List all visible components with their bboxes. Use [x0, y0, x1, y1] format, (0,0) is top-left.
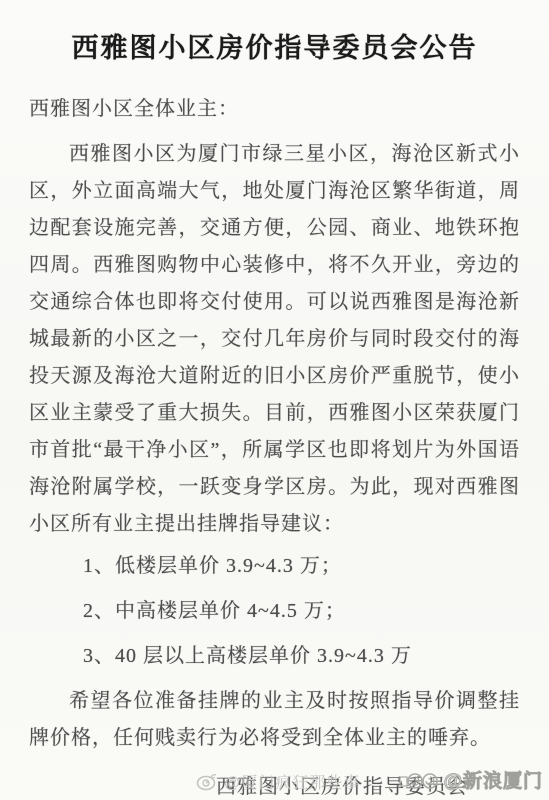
weibo-watermark: @厦门疯狂那些事	[196, 770, 360, 793]
announcement-document: 西雅图小区房价指导委员会公告 西雅图小区全体业主： 西雅图小区为厦门市绿三星小区…	[0, 0, 549, 800]
salutation: 西雅图小区全体业主：	[29, 91, 520, 128]
weibo-icon	[196, 773, 218, 791]
weibo-watermark-text: @厦门疯狂那些事	[224, 770, 360, 793]
list-item-mid-high-floor: 2、中高楼层单价 4~4.5 万；	[29, 593, 520, 630]
logo-watermark-text: @新浪厦门	[443, 766, 543, 793]
swirl-logo-icon	[399, 770, 439, 790]
logo-watermark: @新浪厦门	[399, 766, 543, 793]
list-item-above-40-floor: 3、40 层以上高楼层单价 3.9~4.3 万	[29, 638, 520, 675]
closing-paragraph: 希望各位准备挂牌的业主及时按照指导价调整挂牌价格，任何贱卖行为必将受到全体业主的…	[29, 683, 520, 757]
body-paragraph: 西雅图小区为厦门市绿三星小区，海沧区新式小区，外立面高端大气，地处厦门海沧区繁华…	[29, 136, 520, 543]
price-guidance-list: 1、低楼层单价 3.9~4.3 万； 2、中高楼层单价 4~4.5 万； 3、4…	[29, 548, 520, 675]
document-body: 西雅图小区全体业主： 西雅图小区为厦门市绿三星小区，海沧区新式小区，外立面高端大…	[0, 91, 549, 800]
document-title: 西雅图小区房价指导委员会公告	[0, 26, 549, 65]
list-item-low-floor: 1、低楼层单价 3.9~4.3 万；	[29, 548, 520, 585]
watermark-row: @厦门疯狂那些事 @新浪厦门	[0, 767, 549, 795]
